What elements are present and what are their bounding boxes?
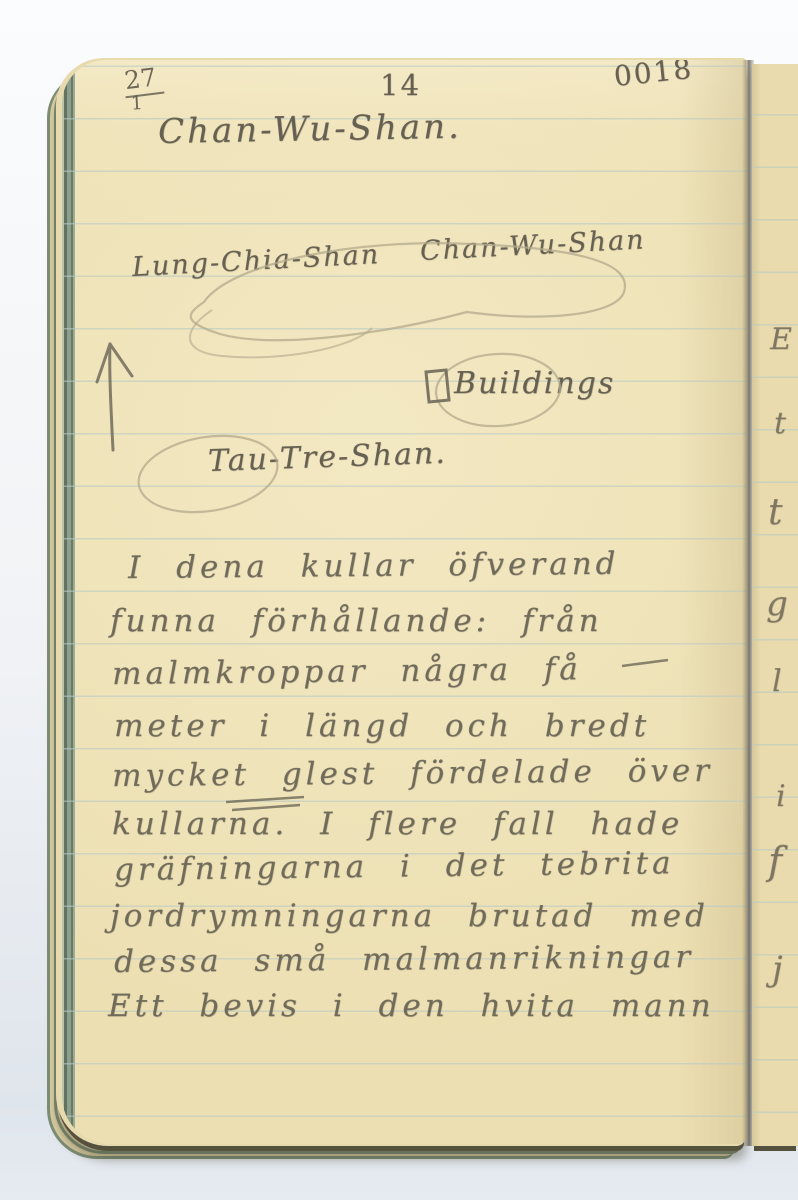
- right-page-fragment: t: [768, 492, 782, 533]
- right-page-fragment: t: [774, 406, 786, 441]
- heading-chan-wu-shan: Chan-Wu-Shan.: [158, 107, 462, 152]
- buildings-label: Buildings: [454, 366, 615, 401]
- body-line: meter i längd och bredt: [114, 708, 650, 744]
- right-page-fragment: g: [766, 584, 788, 624]
- body-line: jordrymningarna brutad med: [110, 898, 709, 934]
- circle-sketch-small-loop: [190, 310, 372, 357]
- right-page-fragment: E: [770, 322, 792, 357]
- body-line: dessa små malmanrikningar: [114, 939, 694, 980]
- pencil-sketches: [62, 60, 746, 1144]
- page-number: 14: [380, 68, 421, 102]
- right-page-fragment: j: [772, 949, 783, 989]
- scan-number: 0018: [612, 60, 694, 93]
- overline-sketch: [622, 660, 668, 666]
- body-line: kullarna. I flere fall hade: [112, 806, 683, 842]
- label-chan-wu-shan: Chan-Wu-Shan: [419, 224, 646, 267]
- right-page-fragment: l: [772, 664, 782, 699]
- scanned-notebook-photo: 27 1 14 0018 Chan-Wu-Shan. Lung-Chia-Sha…: [0, 0, 798, 1200]
- body-line: mycket glest fördelade över: [112, 753, 713, 794]
- body-line: gräfningarna i det tebrita: [114, 845, 675, 888]
- label-tau-tre-shan: Tau-Tre-Shan.: [207, 436, 447, 479]
- up-arrow-sketch: [97, 344, 132, 450]
- right-page-fragment: f: [768, 839, 782, 883]
- body-line: malmkroppar några få: [112, 651, 582, 692]
- green-binding-edge: [62, 60, 77, 1144]
- date-fraction: 27 1: [123, 63, 164, 111]
- date-denominator: 1: [130, 95, 164, 111]
- body-line: funna förhållande: från: [110, 603, 603, 639]
- notebook-left-page: 27 1 14 0018 Chan-Wu-Shan. Lung-Chia-Sha…: [62, 60, 746, 1144]
- label-lung-chia-shan: Lung-Chia-Shan: [131, 239, 381, 283]
- body-line: I dena kullar öfverand: [128, 546, 620, 586]
- notebook-right-page-sliver: E t t g l i f j: [752, 64, 798, 1146]
- ruled-lines: [62, 60, 746, 1144]
- right-page-fragment: i: [776, 779, 786, 814]
- date-numerator: 27: [122, 62, 164, 98]
- building-rectangle-icon: [426, 370, 449, 402]
- body-line: Ett bevis i den hvita mann: [108, 988, 715, 1024]
